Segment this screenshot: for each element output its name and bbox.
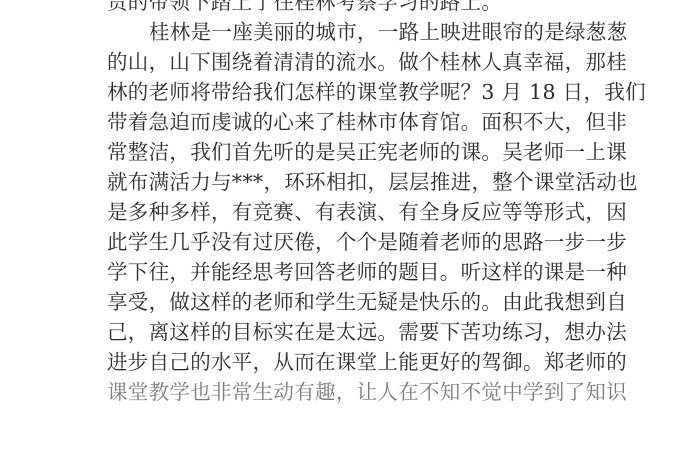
cut-off-text-line: 课堂教学也非常生动有趣，让人在不知不觉中学到了知识 [107, 377, 577, 407]
text-line: 是多种多样，有竞赛、有表演、有全身反应等等形式，因 [107, 197, 577, 227]
document-body: 贵的带领下踏上了往桂林考察学习的路上。 桂林是一座美丽的城市，一路上映进眼帘的是… [107, 0, 577, 407]
text-line: 带着急迫而虔诚的心来了桂林市体育馆。面积不大，但非 [107, 107, 577, 137]
document-page: 贵的带领下踏上了往桂林考察学习的路上。 桂林是一座美丽的城市，一路上映进眼帘的是… [0, 0, 700, 470]
text-line: 享受，做这样的老师和学生无疑是快乐的。由此我想到自 [107, 287, 577, 317]
text-line: 就布满活力与***，环环相扣，层层推进，整个课堂活动也 [107, 167, 577, 197]
text-line: 己，离这样的目标实在是太远。需要下苦功练习，想办法 [107, 317, 577, 347]
text-line: 进步自己的水平，从而在课堂上能更好的驾御。郑老师的 [107, 347, 577, 377]
text-line: 学下往，并能经思考回答老师的题目。听这样的课是一种 [107, 257, 577, 287]
text-line: 此学生几乎没有过厌倦，个个是随着老师的思路一步一步 [107, 227, 577, 257]
text-line: 常整洁，我们首先听的是吴正宪老师的课。吴老师一上课 [107, 137, 577, 167]
text-line: 贵的带领下踏上了往桂林考察学习的路上。 [107, 0, 577, 17]
paragraph-start-line: 桂林是一座美丽的城市，一路上映进眼帘的是绿葱葱 [107, 17, 577, 47]
text-line: 的山，山下围绕着清清的流水。做个桂林人真幸福，那桂 [107, 47, 577, 77]
text-line: 林的老师将带给我们怎样的课堂教学呢？3 月 18 日，我们 [107, 77, 577, 107]
